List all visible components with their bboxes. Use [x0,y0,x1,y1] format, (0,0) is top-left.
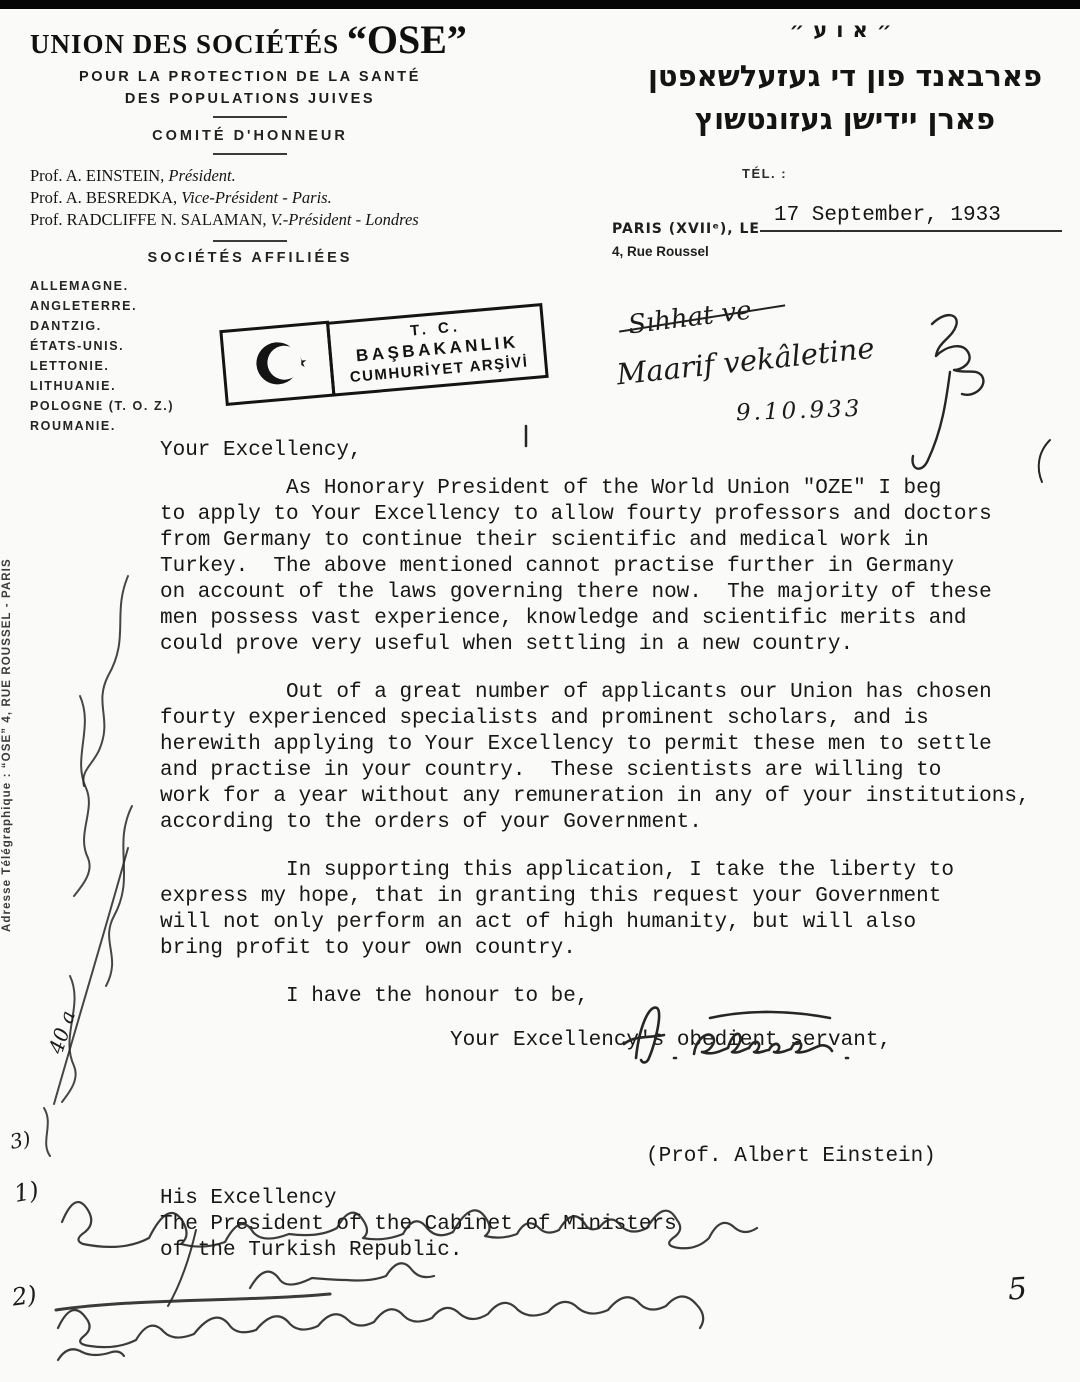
body-line: from Germany to continue their scientifi… [160,528,1066,554]
handwritten-date-note: 9.10.933 [736,396,863,426]
member-name: Prof. A. EINSTEIN, [30,166,168,185]
yiddish-org-line-1: פארבאנד פון די געזעלשאפטן [620,59,1070,93]
paragraph-1: As Honorary President of the World Union… [160,476,1066,658]
org-name: UNION DES SOCIÉTÉS [30,29,339,59]
org-tagline-1: POUR LA PROTECTION DE LA SANTÉ [30,69,470,85]
org-title: UNION DES SOCIÉTÉS “OSE” [30,16,470,63]
paragraph-3: In supporting this application, I take t… [160,858,1066,962]
closing-line-1: I have the honour to be, [160,984,1066,1010]
divider-rule [213,153,287,155]
body-line: men possess vast experience, knowledge a… [160,606,1066,632]
org-tagline-2: DES POPULATIONS JUIVES [30,91,470,107]
closing-line-2: Your Excellency's obedient servant, [160,1028,1066,1054]
crescent-icon: ★ [255,341,301,387]
body-line: on account of the laws governing there n… [160,580,1066,606]
telephone-label: TÉL. : [742,166,787,181]
member-role: V.-Président - Londres [271,210,419,229]
body-line: fourty experienced specialists and promi… [160,706,1066,732]
body-line: Out of a great number of applicants our … [160,680,1066,706]
committee-member: Prof. RADCLIFFE N. SALAMAN, V.-Président… [30,209,470,231]
body-line: to apply to Your Excellency to allow fou… [160,502,1066,528]
body-line: In supporting this application, I take t… [160,858,1066,884]
affiliate-country: ROUMANIE. [30,416,470,436]
body-line: herewith applying to Your Excellency to … [160,732,1066,758]
member-role: Président. [168,166,235,185]
signature-area [160,1058,1066,1144]
org-quoted-name: “OSE” [347,17,467,62]
divider-rule [213,240,287,242]
member-role: Vice-Président - Paris. [181,188,331,207]
scan-top-black-bar [0,0,1080,9]
affiliate-country: ALLEMAGNE. [30,276,470,296]
scanned-letter-page: UNION DES SOCIÉTÉS “OSE” POUR LA PROTECT… [0,0,1080,1382]
body-line: Turkey. The above mentioned cannot pract… [160,554,1066,580]
body-line: and practise in your country. These scie… [160,758,1066,784]
yiddish-org-line-2: פארן יידישן געזונטשוץ [620,102,1070,136]
affiliates-heading: SOCIÉTÉS AFFILIÉES [30,250,470,266]
paragraph-2: Out of a great number of applicants our … [160,680,1066,836]
typed-date: 17 September, 1933 [760,204,1062,232]
committee-member: Prof. A. EINSTEIN, Président. [30,165,470,187]
einstein-signature [618,992,888,1082]
body-line: according to the orders of your Governme… [160,810,1066,836]
honor-committee-list: Prof. A. EINSTEIN, Président. Prof. A. B… [30,165,470,231]
body-line: bring profit to your own country. [160,936,1066,962]
stamp-flag-box: ★ [219,321,335,406]
yiddish-org-abbreviation: ״אוע״ [620,18,1070,42]
handwritten-crossed-note: Sıhhat ve [627,296,754,341]
divider-rule [213,116,287,118]
salutation: Your Excellency, [160,438,1066,464]
member-name: Prof. A. BESREDKA, [30,188,181,207]
body-line: work for a year without any remuneration… [160,784,1066,810]
honor-committee-heading: COMITÉ D'HONNEUR [30,128,470,144]
body-line: could prove very useful when settling in… [160,632,1066,658]
handwritten-ministry-note: Maarif vekâletine [615,331,876,392]
member-name: Prof. RADCLIFFE N. SALAMAN, [30,210,271,229]
margin-scribbles [10,548,170,1188]
letter-body: Your Excellency, As Honorary President o… [160,438,1066,1264]
street-address: 4, Rue Roussel [612,244,709,259]
committee-member: Prof. A. BESREDKA, Vice-Président - Pari… [30,187,470,209]
bottom-scribbles [0,1160,1080,1380]
affiliate-country: ANGLETERRE. [30,296,470,316]
place-date-label: PARIS (XVIIᵉ), LE [612,221,760,237]
yiddish-header: ״אוע״ פארבאנד פון די געזעלשאפטן פארן ייד… [620,18,1070,136]
star-icon: ★ [293,353,308,372]
body-line: will not only perform an act of high hum… [160,910,1066,936]
body-line: express my hope, that in granting this r… [160,884,1066,910]
body-line: As Honorary President of the World Union… [160,476,1066,502]
